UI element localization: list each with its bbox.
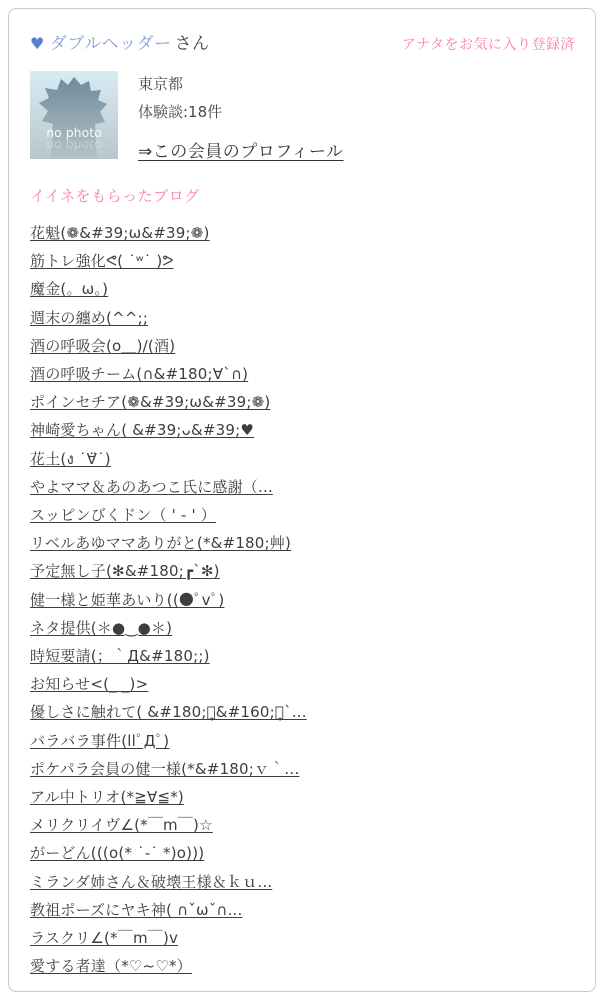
blog-link[interactable]: 魔金(。ω。): [30, 275, 108, 303]
member-suffix: さん: [175, 34, 210, 54]
blog-link[interactable]: 花魁(❁&#39;ω&#39;❁): [30, 219, 210, 247]
avatar[interactable]: no photo no photo: [30, 71, 118, 159]
reviews-count: 体験談:18件: [138, 101, 344, 122]
blog-link[interactable]: 健一様と姫華あいり((●ﾟvﾟ): [30, 586, 224, 614]
blog-link[interactable]: スッピンびくドン（ ' - ' ）: [30, 501, 216, 529]
member-card: ♥ダブルヘッダーさん アナタをお気に入り登録済 no photo no phot…: [8, 8, 596, 992]
member-name-line: ♥ダブルヘッダーさん: [30, 29, 210, 54]
blog-link[interactable]: お知らせ<(_ _)>: [30, 670, 148, 698]
blog-link[interactable]: リベルあゆママありがと(*&#180;艸): [30, 529, 291, 557]
member-profile-link[interactable]: ⇒この会員のプロフィール: [138, 137, 344, 162]
profile-section: no photo no photo 東京都 体験談:18件 ⇒この会員のプロフィ…: [30, 71, 575, 162]
blog-link[interactable]: 愛する者達（*♡~♡*）: [30, 952, 192, 980]
blog-link[interactable]: 時短要請(；｀Д&#180;;): [30, 642, 210, 670]
blog-link[interactable]: 酒の呼吸会(o＿)/(酒): [30, 332, 175, 360]
blog-link[interactable]: ポケパラ会員の健一様(*&#180;ｖ｀...: [30, 755, 299, 783]
liked-blogs-title: イイネをもらったブログ: [30, 185, 575, 206]
blog-link[interactable]: 花土(ง ˙∀̈˙): [30, 445, 111, 473]
blog-link[interactable]: 神崎愛ちゃん( &#39;ᴗ&#39;♥: [30, 416, 254, 444]
liked-blogs-list: 花魁(❁&#39;ω&#39;❁)筋トレ強化ᕙ( ˙ʷ˙ )ᕗ魔金(。ω。)週末…: [30, 219, 575, 980]
blog-link[interactable]: 週末の纏め(^^;;: [30, 304, 148, 332]
blog-link[interactable]: 酒の呼吸チーム(∩&#180;∀`∩): [30, 360, 248, 388]
member-name-link[interactable]: ダブルヘッダー: [50, 34, 172, 54]
blog-link[interactable]: やよママ＆あのあつこ氏に感謝（...: [30, 473, 273, 501]
blog-link[interactable]: アル中トリオ(*≧∀≦*): [30, 783, 184, 811]
blog-link[interactable]: がーどん(((o(* ˙-˙ *)o))): [30, 839, 204, 867]
blog-link[interactable]: ポインセチア(❁&#39;ω&#39;❁): [30, 388, 270, 416]
blog-link[interactable]: バラバラ事件(llﾟДﾟ): [30, 727, 169, 755]
profile-info: 東京都 体験談:18件 ⇒この会員のプロフィール: [138, 71, 344, 162]
prefecture-label: 東京都: [138, 73, 344, 94]
no-photo-label: no photo: [46, 125, 102, 140]
heart-icon: ♥: [30, 34, 45, 53]
favorite-status: アナタをお気に入り登録済: [402, 34, 575, 54]
blog-link[interactable]: ラスクリ∠(*￣m￣)v: [30, 924, 178, 952]
blog-link[interactable]: 予定無し子(✻&#180;┏`✻): [30, 557, 220, 585]
blog-link[interactable]: 筋トレ強化ᕙ( ˙ʷ˙ )ᕗ: [30, 247, 174, 275]
blog-link[interactable]: メリクリイヴ∠(*￣m￣)☆: [30, 811, 213, 839]
blog-link[interactable]: 教祖ポーズにヤキ神( ∩ˇωˇ∩...: [30, 896, 243, 924]
blog-link[interactable]: ミランダ姉さん＆破壊王様＆ｋｕ...: [30, 868, 272, 896]
blog-link[interactable]: ネタ提供(＊●‿●＊): [30, 614, 172, 642]
header: ♥ダブルヘッダーさん アナタをお気に入り登録済: [30, 29, 575, 54]
blog-link[interactable]: 優しさに触れて( &#180;･̥&#160;･̥`...: [30, 698, 307, 726]
no-photo-reflection: no photo: [46, 138, 102, 153]
